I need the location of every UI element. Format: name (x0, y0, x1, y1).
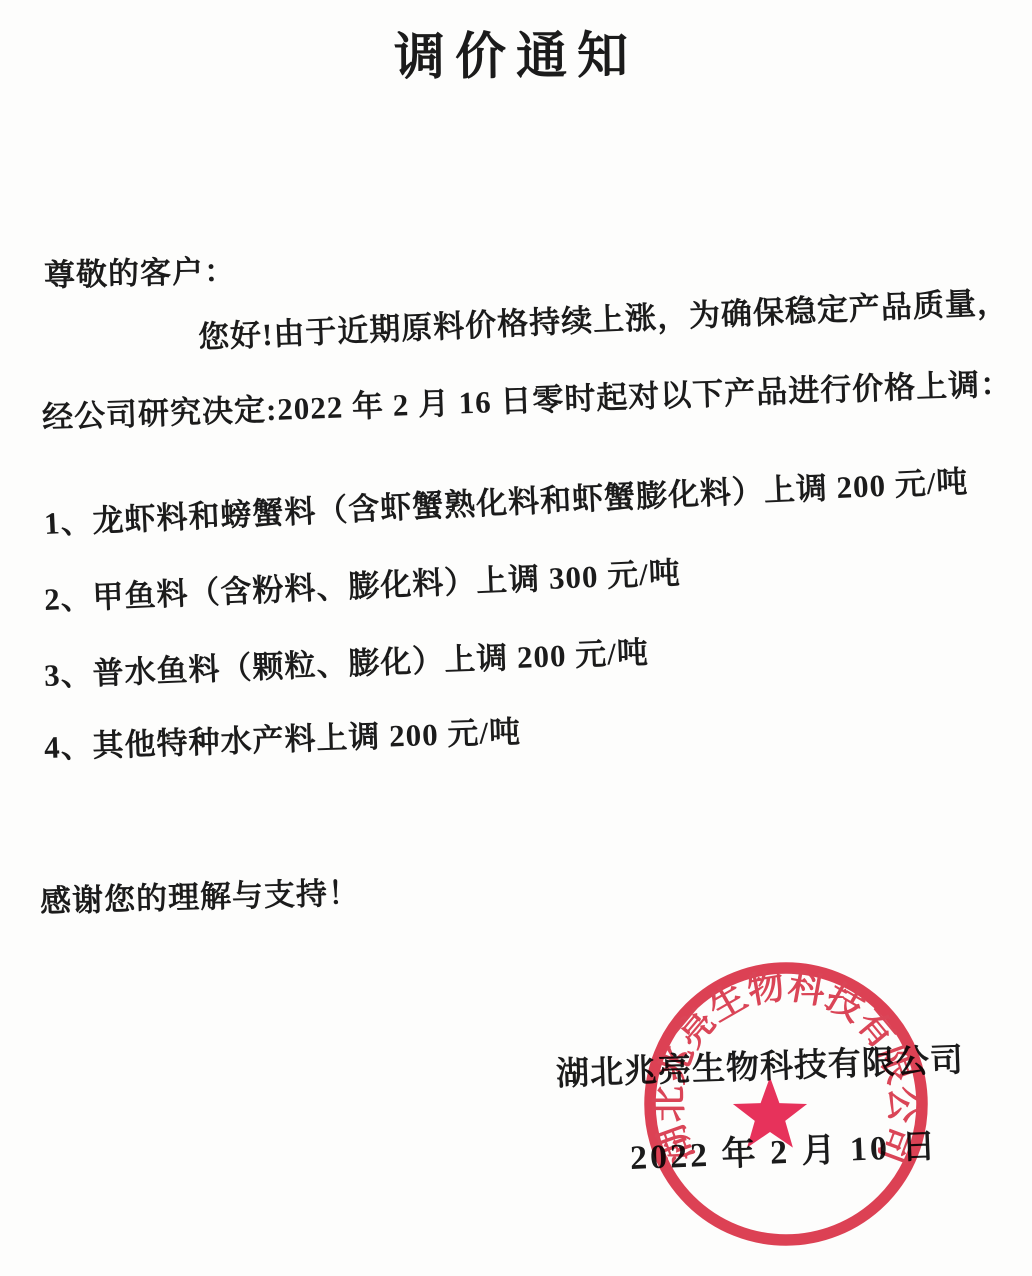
page-title: 调价通知 (0, 11, 1032, 92)
greeting-line: 尊敬的客户： (43, 245, 236, 295)
date-line: 2022 年 2 月 10 日 (629, 1118, 939, 1179)
price-list-item-3: 3、普水鱼料（颗粒、膨化）上调 200 元/吨 (43, 627, 649, 695)
body-paragraph-line-2: 经公司研究决定:2022 年 2 月 16 日零时起对以下产品进行价格上调： (41, 358, 1013, 437)
price-list-item-4: 4、其他特种水产料上调 200 元/吨 (43, 706, 521, 767)
seal-ring (650, 968, 922, 1240)
company-name: 湖北兆亮生物科技有限公司 (555, 1034, 964, 1095)
price-list-item-2: 2、甲鱼料（含粉料、膨化料）上调 300 元/吨 (43, 547, 681, 619)
notice-document-page: 调价通知 尊敬的客户： 您好!由于近期原料价格持续上涨，为确保稳定产品质量， 经… (0, 0, 1032, 1276)
price-list-item-1: 1、龙虾料和螃蟹料（含虾蟹熟化料和虾蟹膨化料）上调 200 元/吨 (43, 456, 969, 543)
body-paragraph-line-1: 您好!由于近期原料价格持续上涨，为确保稳定产品质量， (197, 277, 1010, 357)
thanks-line: 感谢您的理解与支持！ (39, 867, 360, 921)
